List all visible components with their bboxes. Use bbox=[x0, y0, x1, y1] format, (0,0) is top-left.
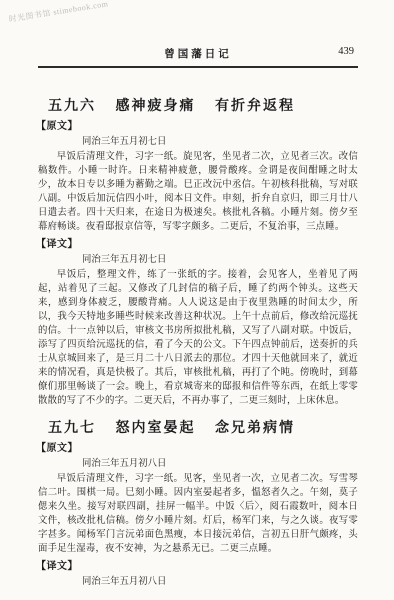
entry-heading-597: 五九七 怒内室晏起 念兄弟病情 bbox=[48, 420, 358, 438]
original-text: 早饭后清理文件，习字一纸。见客，坐见者一次，立见者二次。写雪琴信二叶。围棋一局。… bbox=[38, 472, 358, 556]
translation-label: 【译文】 bbox=[36, 561, 358, 573]
diary-entry-597: 五九七 怒内室晏起 念兄弟病情 【原文】 同治三年五月初八日 早饭后清理文件，习… bbox=[38, 420, 358, 589]
page-content: 五九六 感神疲身痛 有折弁返程 【原文】 同治三年五月初七日 早饭后清理文件，习… bbox=[38, 98, 358, 589]
diary-entry-596: 五九六 感神疲身痛 有折弁返程 【原文】 同治三年五月初七日 早饭后清理文件，习… bbox=[38, 98, 358, 408]
original-text: 早饭后清理文件，习字一纸。旋见客，坐见者二次，立见者三次。改信稿数件。小睡一时许… bbox=[38, 150, 358, 234]
entry-heading-596: 五九六 感神疲身痛 有折弁返程 bbox=[48, 98, 358, 116]
entry-number: 五九六 bbox=[48, 99, 96, 114]
page-number: 439 bbox=[338, 46, 354, 57]
entry-title-b: 有折弁返程 bbox=[215, 99, 295, 114]
translation-date: 同治三年五月初八日 bbox=[38, 575, 358, 589]
original-label: 【原文】 bbox=[36, 121, 358, 133]
header-rule bbox=[38, 66, 358, 68]
entry-title-b: 念兄弟病情 bbox=[215, 421, 295, 436]
running-title: 曾国藩日记 bbox=[38, 46, 358, 61]
page-header: 曾国藩日记 439 bbox=[38, 46, 358, 61]
translation-date: 同治三年五月初七日 bbox=[38, 253, 358, 267]
translation-label: 【译文】 bbox=[36, 239, 358, 251]
entry-title-a: 感神疲身痛 bbox=[116, 99, 196, 114]
entry-number: 五九七 bbox=[48, 421, 96, 436]
original-label: 【原文】 bbox=[36, 443, 358, 455]
original-date: 同治三年五月初八日 bbox=[38, 457, 358, 471]
original-date: 同治三年五月初七日 bbox=[38, 135, 358, 149]
translation-text: 早饭后，整理文件，练了一张纸的字。接着，会见客人，坐着见了两起，站着见了三起。又… bbox=[38, 268, 358, 408]
entry-title-a: 怒内室晏起 bbox=[116, 421, 196, 436]
book-page: 时光图书馆 stimebook.com 曾国藩日记 439 五九六 感神疲身痛 … bbox=[0, 0, 394, 600]
watermark: 时光图书馆 stimebook.com bbox=[8, 0, 109, 25]
